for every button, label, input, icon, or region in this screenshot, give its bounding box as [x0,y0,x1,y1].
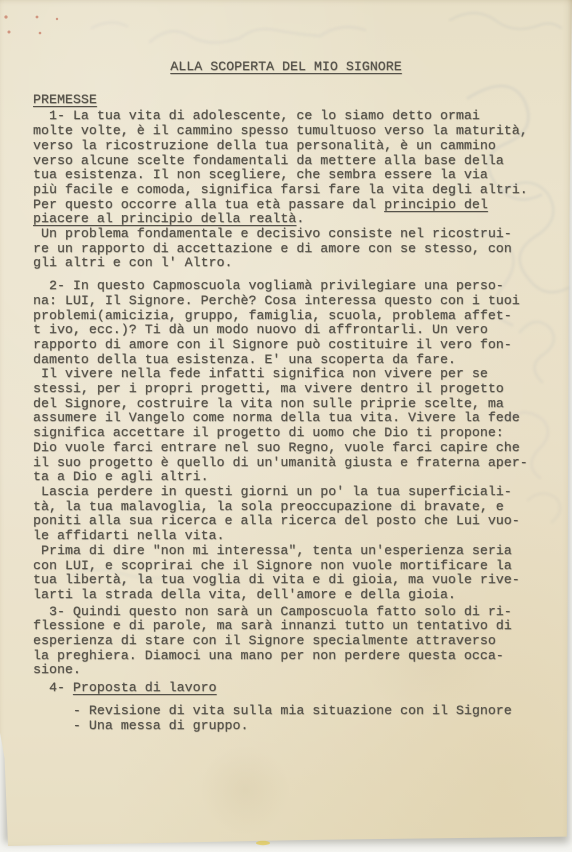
typed-line: PREMESSE [33,93,539,108]
typed-line: 4- Proposta di lavoro [33,681,539,696]
typed-line: Il vivere nella fede infatti significa n… [33,367,539,382]
typed-line: tà, la tua malavoglia, la sola preoccupa… [33,500,539,515]
typed-line: ta a Dio e agli altri. [33,470,539,485]
typed-line: il suo progetto è quello di un'umanità g… [33,456,539,471]
typed-line: tua esistenza. Il non scegliere, che sem… [33,168,539,183]
section-heading-premesse: PREMESSE [33,93,539,108]
typed-line: damento della tua esistenza. E' una scop… [33,353,539,368]
typed-line: Dio vuole farci entrare nel suo Regno, v… [33,441,539,456]
typed-line: Un problema fondamentale e decisivo cons… [33,227,539,242]
scanner-background: { "document": { "title": "ALLA SCOPERTA … [0,0,572,852]
heading-proposta: 4- Proposta di lavoro [33,681,539,696]
typed-line: poniti alla sua ricerca e alla ricerca d… [33,514,539,529]
typed-line: stessi, per i propri progetti, ma vivere… [33,382,539,397]
typed-line: la preghiera. Diamoci una mano per non p… [33,649,539,664]
typed-line: Per questo occorre alla tua età passare … [33,198,539,213]
typed-line: tua libertà, la tua voglia di vita e di … [33,573,539,588]
typed-line: - Revisione di vita sulla mia situazione… [33,704,539,719]
typed-line: con LUI, e scoprirai che il Signore non … [33,559,539,574]
paragraph-3: 3- Quindi questo non sarà un Camposcuola… [33,605,539,679]
typed-line: assumere il Vangelo come norma della tua… [33,411,539,426]
work-proposals-list: - Revisione di vita sulla mia situazione… [33,704,539,733]
typed-line: più facile e comoda, significa farsi far… [33,183,539,198]
typed-line: Prima di dire "non mi interessa", tenta … [33,544,539,559]
typed-line: del Signore, costruire la vita non sulle… [33,397,539,412]
typed-line: 2- In questo Capmoscuola vogliamà privil… [33,279,539,294]
typed-line: le affidarti nella vita. [33,529,539,544]
typed-line: molte volte, è il cammino spesso tumultu… [33,124,539,139]
typed-line: 1- La tua vita di adolescente, ce lo sia… [33,109,539,124]
typed-line: piacere al principio della realtà. [33,212,539,227]
typed-line: re un rapporto di accettazione e di amor… [33,242,539,257]
paragraph-2: 2- In questo Capmoscuola vogliamà privil… [33,279,539,602]
document-title: ALLA SCOPERTA DEL MIO SIGNORE [33,60,539,75]
typed-line: ALLA SCOPERTA DEL MIO SIGNORE [33,60,539,75]
typed-line: Lascia perdere in questi giorni un po' l… [33,485,539,500]
typed-line: verso alcune scelte fondamentali da mett… [33,154,539,169]
text-column: ALLA SCOPERTA DEL MIO SIGNOREPREMESSE 1-… [33,60,539,733]
typed-line: flessione e di parole, ma sarà innanzi t… [33,619,539,634]
typed-line: 3- Quindi questo non sarà un Camposcuola… [33,605,539,620]
paragraph-1: 1- La tua vita di adolescente, ce lo sia… [33,109,539,271]
typed-line: verso la ricostruzione della tua persona… [33,139,539,154]
typed-line: - Una messa di gruppo. [33,719,539,734]
typed-line: na: LUI, Il Signore. Perchè? Cosa intere… [33,294,539,309]
typed-line: gli altri e con l' Altro. [33,256,539,271]
typed-line: rapporto di amore con il Signore può cos… [33,338,539,353]
typed-line: sione. [33,663,539,678]
typed-line: problemi(amicizia, gruppo, famiglia, scu… [33,309,539,324]
typed-line: t ivo, ecc.)? Ti dà un modo nuovo di aff… [33,323,539,338]
typed-line: esperienza di stare con il Signore speci… [33,634,539,649]
typed-line: significa accettare il progetto di uomo … [33,426,539,441]
typed-line: larti la strada della vita, dell'amore e… [33,588,539,603]
